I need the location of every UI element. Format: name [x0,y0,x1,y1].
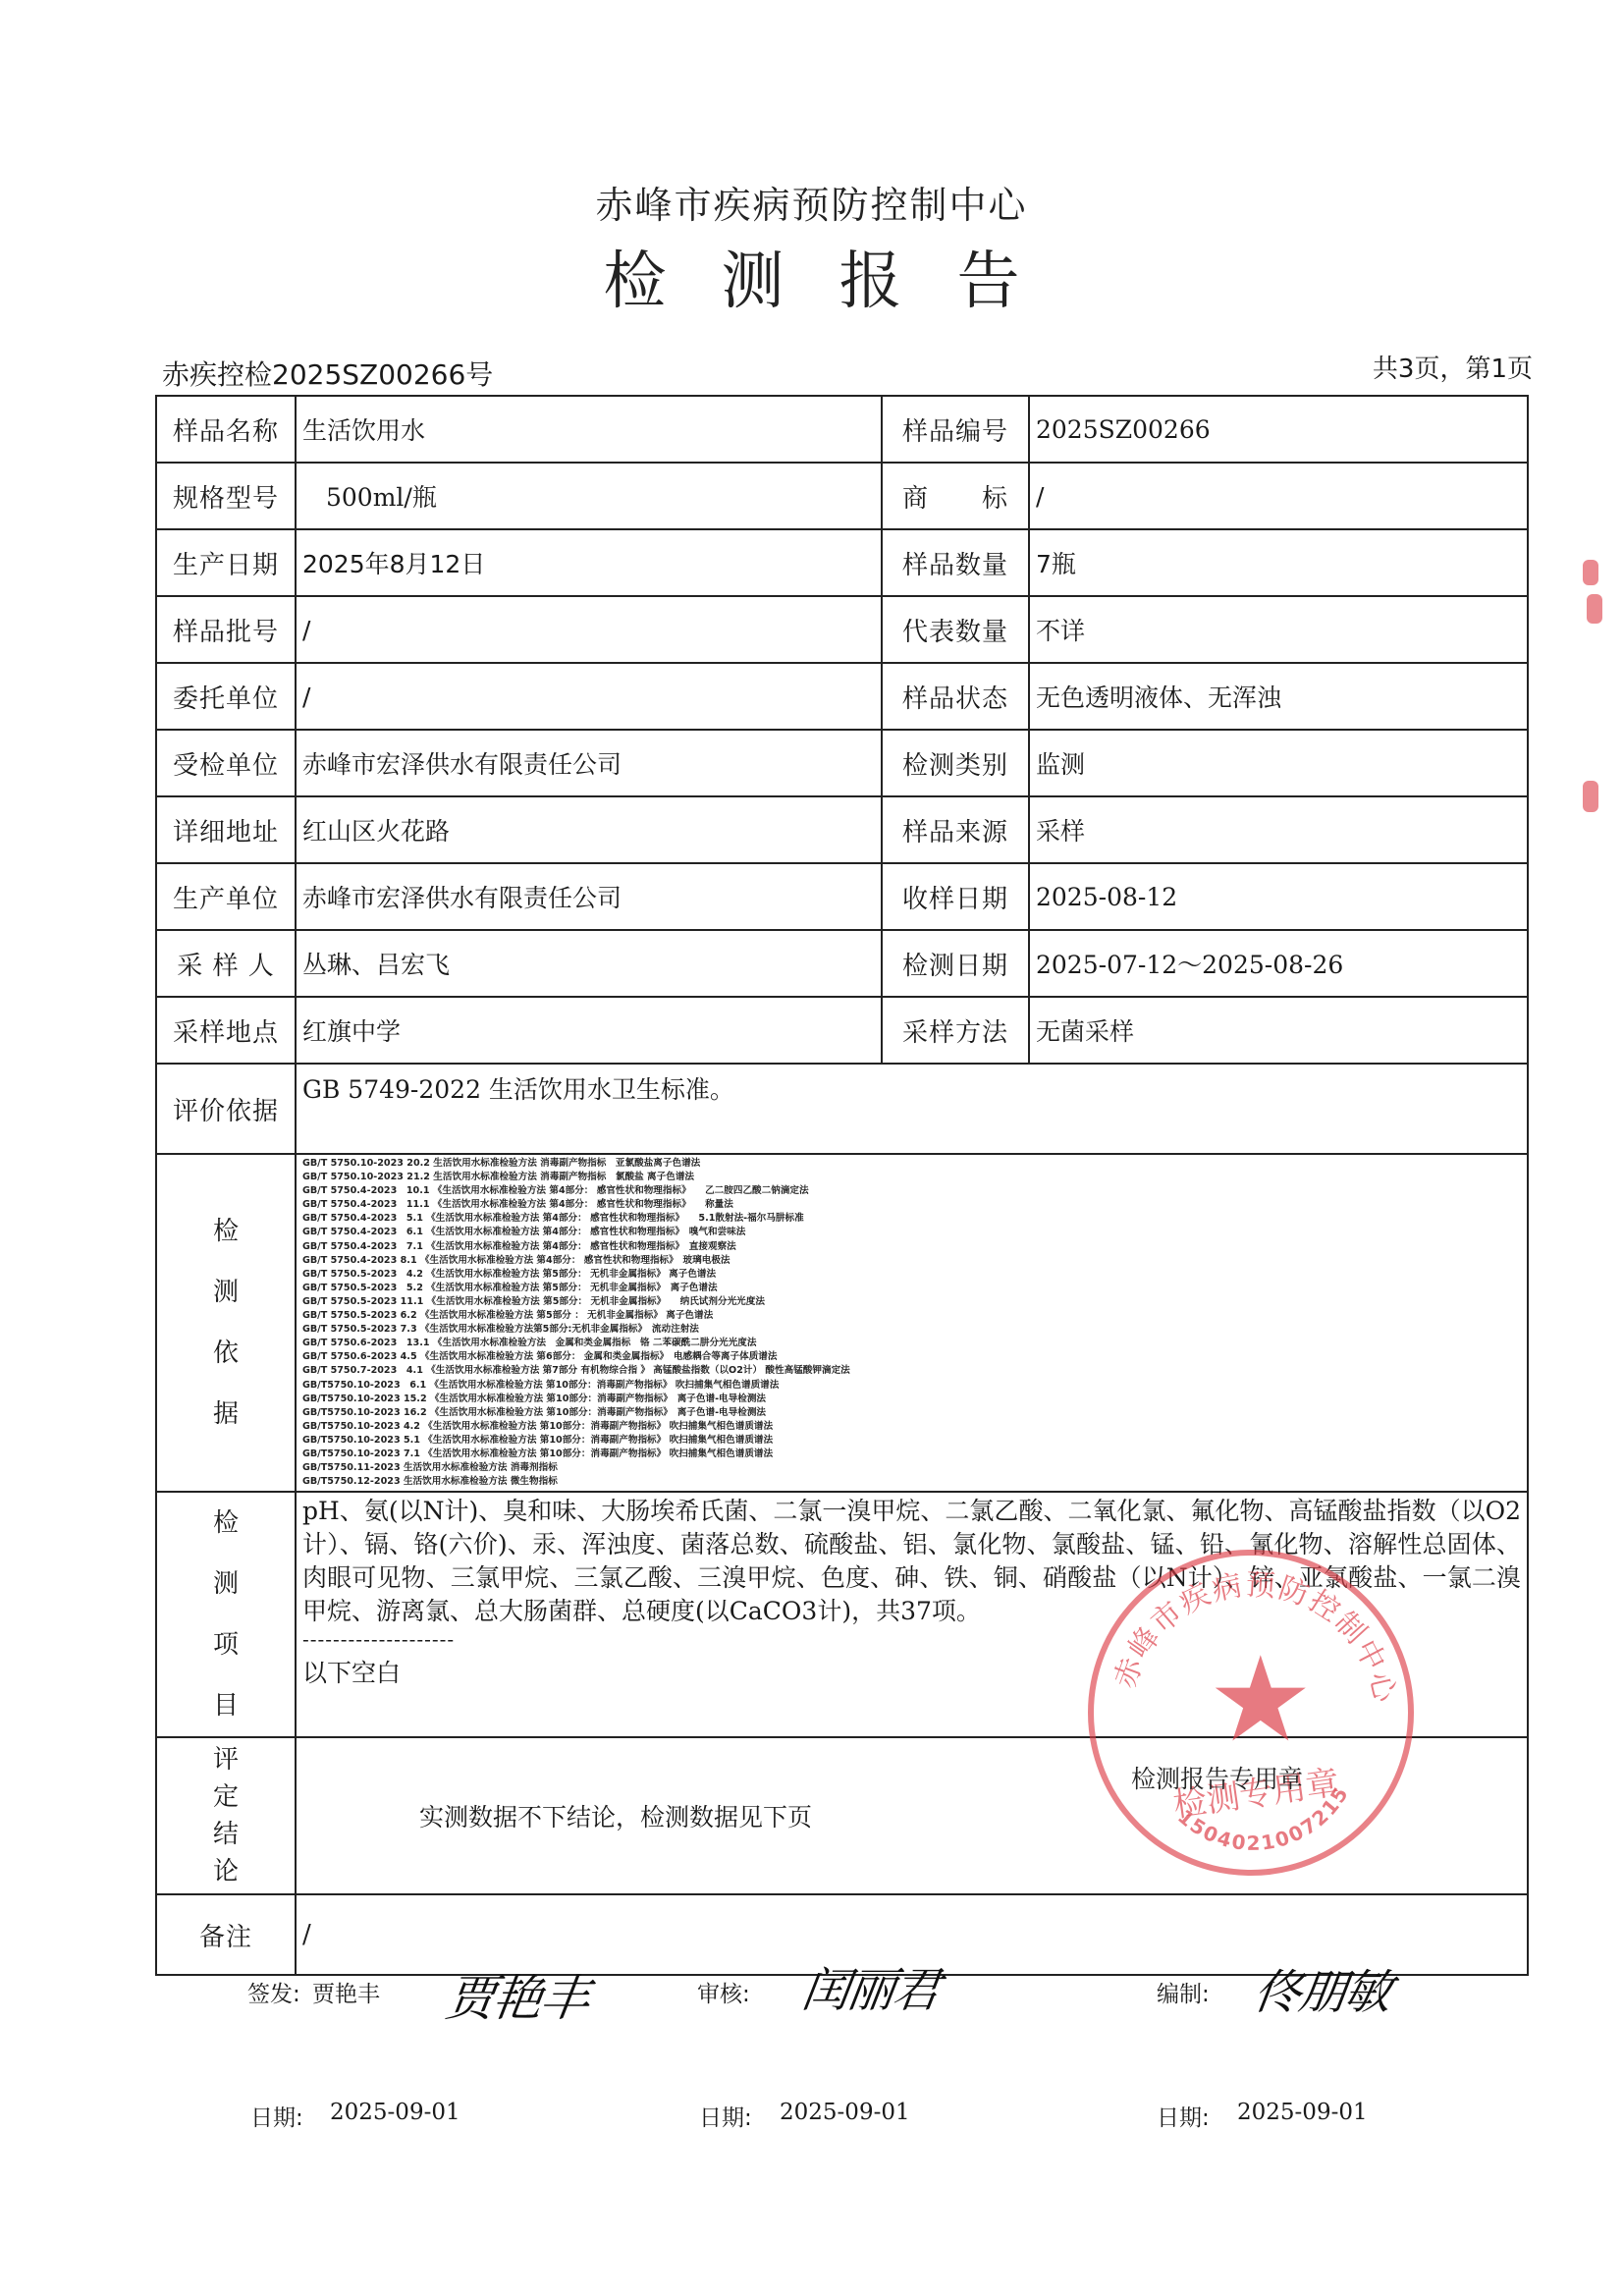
document-title: 检测报告 [0,231,1623,321]
test-basis-line: GB/T 5750.5-2023 4.2 《生活饮用水标准检验方法 第5部分： … [302,1268,1521,1282]
table-row: 采样地点 红旗中学 采样方法 无菌采样 [156,997,1528,1064]
compiler-date-label: 日期: [1157,2100,1210,2132]
test-basis-line: GB/T 5750.5-2023 6.2 《生活饮用水标准检验方法 第5部分 ：… [302,1309,1521,1323]
table-row: 生产单位 赤峰市宏泽供水有限责任公司 收样日期 2025-08-12 [156,863,1528,930]
sample-no-value: 2025SZ00266 [1029,396,1528,463]
test-basis-list: GB/T 5750.10-2023 20.2 生活饮用水标准检验方法 消毒副产物… [297,1155,1527,1491]
field-label: 采样地点 [156,997,296,1064]
table-row: 受检单位 赤峰市宏泽供水有限责任公司 检测类别 监测 [156,730,1528,796]
trademark-value: / [1029,463,1528,529]
test-basis-line: GB/T5750.10-2023 6.1 《生活饮用水标准检验方法 第10部分：… [302,1379,1521,1393]
field-label: 样品名称 [156,396,296,463]
field-label: 代表数量 [882,596,1029,663]
table-row: 检 测 项 目 pH、氨(以N计)、臭和味、大肠埃希氏菌、二氯一溴甲烷、二氯乙酸… [156,1492,1528,1737]
field-label: 详细地址 [156,796,296,863]
issuer-name: 贾艳丰 [312,1976,380,2008]
client-value: / [296,663,882,730]
field-label: 样品状态 [882,663,1029,730]
issuer-label: 签发: [247,1976,300,2008]
issuer-signature: 贾艳丰 [442,1959,593,2030]
seal-label: 检测报告专用章 [1131,1760,1303,1795]
note-value: / [297,1920,1527,1949]
test-basis-line: GB/T 5750.10-2023 20.2 生活饮用水标准检验方法 消毒副产物… [302,1157,1521,1171]
table-row: 样品名称 生活饮用水 样品编号 2025SZ00266 [156,396,1528,463]
table-row: 评 定 结 论 实测数据不下结论，检测数据见下页 [156,1737,1528,1894]
conclusion-text: 实测数据不下结论，检测数据见下页 [297,1798,1527,1833]
compiler-date: 2025-09-01 [1237,2100,1368,2125]
field-label: 评价依据 [156,1064,296,1154]
eval-basis-value: GB 5749-2022 生活饮用水卫生标准。 [296,1064,1528,1154]
field-label: 规格型号 [156,463,296,529]
test-basis-line: GB/T 5750.7-2023 4.1 《生活饮用水标准检验方法 第7部分 有… [302,1364,1521,1378]
reviewer-signature: 闰丽君 [798,1952,944,2020]
report-number: 赤疾控检2025SZ00266号 [162,354,493,393]
field-label: 生产日期 [156,529,296,596]
field-label: 采 样 人 [156,930,296,997]
compiler-label: 编制: [1157,1976,1210,2008]
test-date-value: 2025-07-12～2025-08-26 [1029,930,1528,997]
test-basis-line: GB/T 5750.4-2023 8.1 《生活饮用水标准检验方法 第4部分： … [302,1254,1521,1268]
test-items-label: 检 测 项 目 [156,1492,296,1737]
field-label: 样品来源 [882,796,1029,863]
batch-no-value: / [296,596,882,663]
test-basis-label: 检 测 依 据 [156,1154,296,1492]
test-basis-line: GB/T5750.10-2023 16.2 《生活饮用水标准检验方法 第10部分… [302,1406,1521,1420]
test-basis-line: GB/T 5750.5-2023 7.3 《生活饮用水标准检验方法第5部分:无机… [302,1323,1521,1337]
test-basis-line: GB/T 5750.6-2023 4.5 《生活饮用水标准检验方法 第6部分： … [302,1350,1521,1364]
page-info: 共3页，第1页 [1373,349,1533,385]
reviewer-date-label: 日期: [699,2100,752,2132]
separator-line: -------------------- [297,1628,1527,1650]
note-label: 备注 [156,1894,296,1975]
test-basis-line: GB/T 5750.4-2023 7.1 《生活饮用水标准检验方法 第4部分： … [302,1240,1521,1254]
field-label: 收样日期 [882,863,1029,930]
table-row: 详细地址 红山区火花路 样品来源 采样 [156,796,1528,863]
test-basis-line: GB/T 5750.5-2023 11.1 《生活饮用水标准检验方法 第5部分：… [302,1295,1521,1309]
test-basis-line: GB/T 5750.4-2023 10.1 《生活饮用水标准检验方法 第4部分：… [302,1184,1521,1198]
test-basis-line: GB/T5750.10-2023 4.2 《生活饮用水标准检验方法 第10部分：… [302,1420,1521,1434]
rep-qty-value: 不详 [1029,596,1528,663]
test-items-text: pH、氨(以N计)、臭和味、大肠埃希氏菌、二氯一溴甲烷、二氯乙酸、二氧化氯、氟化… [297,1493,1527,1628]
field-label: 商 标 [882,463,1029,529]
report-table: 样品名称 生活饮用水 样品编号 2025SZ00266 规格型号 500ml/瓶… [155,395,1529,1976]
test-basis-line: GB/T 5750.5-2023 5.2 《生活饮用水标准检验方法 第5部分： … [302,1282,1521,1295]
address-value: 红山区火花路 [296,796,882,863]
sample-method-value: 无菌采样 [1029,997,1528,1064]
prod-date-value: 2025年8月12日 [296,529,882,596]
test-basis-line: GB/T 5750.4-2023 11.1 《生活饮用水标准检验方法 第4部分：… [302,1198,1521,1212]
sample-qty-value: 7瓶 [1029,529,1528,596]
test-basis-line: GB/T 5750.4-2023 5.1 《生活饮用水标准检验方法 第4部分： … [302,1212,1521,1226]
issuer-date: 2025-09-01 [330,2100,460,2125]
test-basis-line: GB/T 5750.4-2023 6.1 《生活饮用水标准检验方法 第4部分： … [302,1226,1521,1239]
organization-title: 赤峰市疾病预防控制中心 [0,175,1623,229]
sample-name-value: 生活饮用水 [296,396,882,463]
spec-value: 500ml/瓶 [296,463,882,529]
test-basis-line: GB/T5750.11-2023 生活饮用水标准检验方法 消毒剂指标 [302,1461,1521,1475]
test-basis-line: GB/T5750.10-2023 7.1 《生活饮用水标准检验方法 第10部分：… [302,1448,1521,1461]
test-basis-line: GB/T 5750.10-2023 21.2 生活饮用水标准检验方法 消毒副产物… [302,1171,1521,1184]
receive-date-value: 2025-08-12 [1029,863,1528,930]
blank-below-text: 以下空白 [297,1650,1527,1693]
test-basis-line: GB/T5750.12-2023 生活饮用水标准检验方法 微生物指标 [302,1475,1521,1489]
producer-value: 赤峰市宏泽供水有限责任公司 [296,863,882,930]
field-label: 委托单位 [156,663,296,730]
table-row: 评价依据 GB 5749-2022 生活饮用水卫生标准。 [156,1064,1528,1154]
test-basis-line: GB/T5750.10-2023 15.2 《生活饮用水标准检验方法 第10部分… [302,1393,1521,1406]
field-label: 样品编号 [882,396,1029,463]
table-row: 生产日期 2025年8月12日 样品数量 7瓶 [156,529,1528,596]
cross-page-seal-mark [1587,594,1602,624]
field-label: 受检单位 [156,730,296,796]
cross-page-seal-mark [1583,560,1598,585]
sample-site-value: 红旗中学 [296,997,882,1064]
table-row: 规格型号 500ml/瓶 商 标 / [156,463,1528,529]
table-row: 委托单位 / 样品状态 无色透明液体、无浑浊 [156,663,1528,730]
cross-page-seal-mark [1583,781,1598,812]
reviewer-label: 审核: [697,1976,750,2008]
sample-source-value: 采样 [1029,796,1528,863]
field-label: 样品数量 [882,529,1029,596]
field-label: 生产单位 [156,863,296,930]
reviewer-date: 2025-09-01 [780,2100,910,2125]
field-label: 检测日期 [882,930,1029,997]
table-row: 样品批号 / 代表数量 不详 [156,596,1528,663]
inspected-unit-value: 赤峰市宏泽供水有限责任公司 [296,730,882,796]
table-row: 检 测 依 据 GB/T 5750.10-2023 20.2 生活饮用水标准检验… [156,1154,1528,1492]
field-label: 样品批号 [156,596,296,663]
sampler-value: 丛琳、吕宏飞 [296,930,882,997]
test-type-value: 监测 [1029,730,1528,796]
issuer-date-label: 日期: [250,2100,303,2132]
conclusion-label: 评 定 结 论 [156,1737,296,1894]
field-label: 检测类别 [882,730,1029,796]
table-row: 采 样 人 丛琳、吕宏飞 检测日期 2025-07-12～2025-08-26 [156,930,1528,997]
test-basis-line: GB/T 5750.6-2023 13.1 《生活饮用水标准检验方法 金属和类金… [302,1337,1521,1350]
test-basis-line: GB/T5750.10-2023 5.1 《生活饮用水标准检验方法 第10部分：… [302,1434,1521,1448]
sample-state-value: 无色透明液体、无浑浊 [1029,663,1528,730]
compiler-signature: 佟朋敏 [1250,1954,1395,2022]
field-label: 采样方法 [882,997,1029,1064]
